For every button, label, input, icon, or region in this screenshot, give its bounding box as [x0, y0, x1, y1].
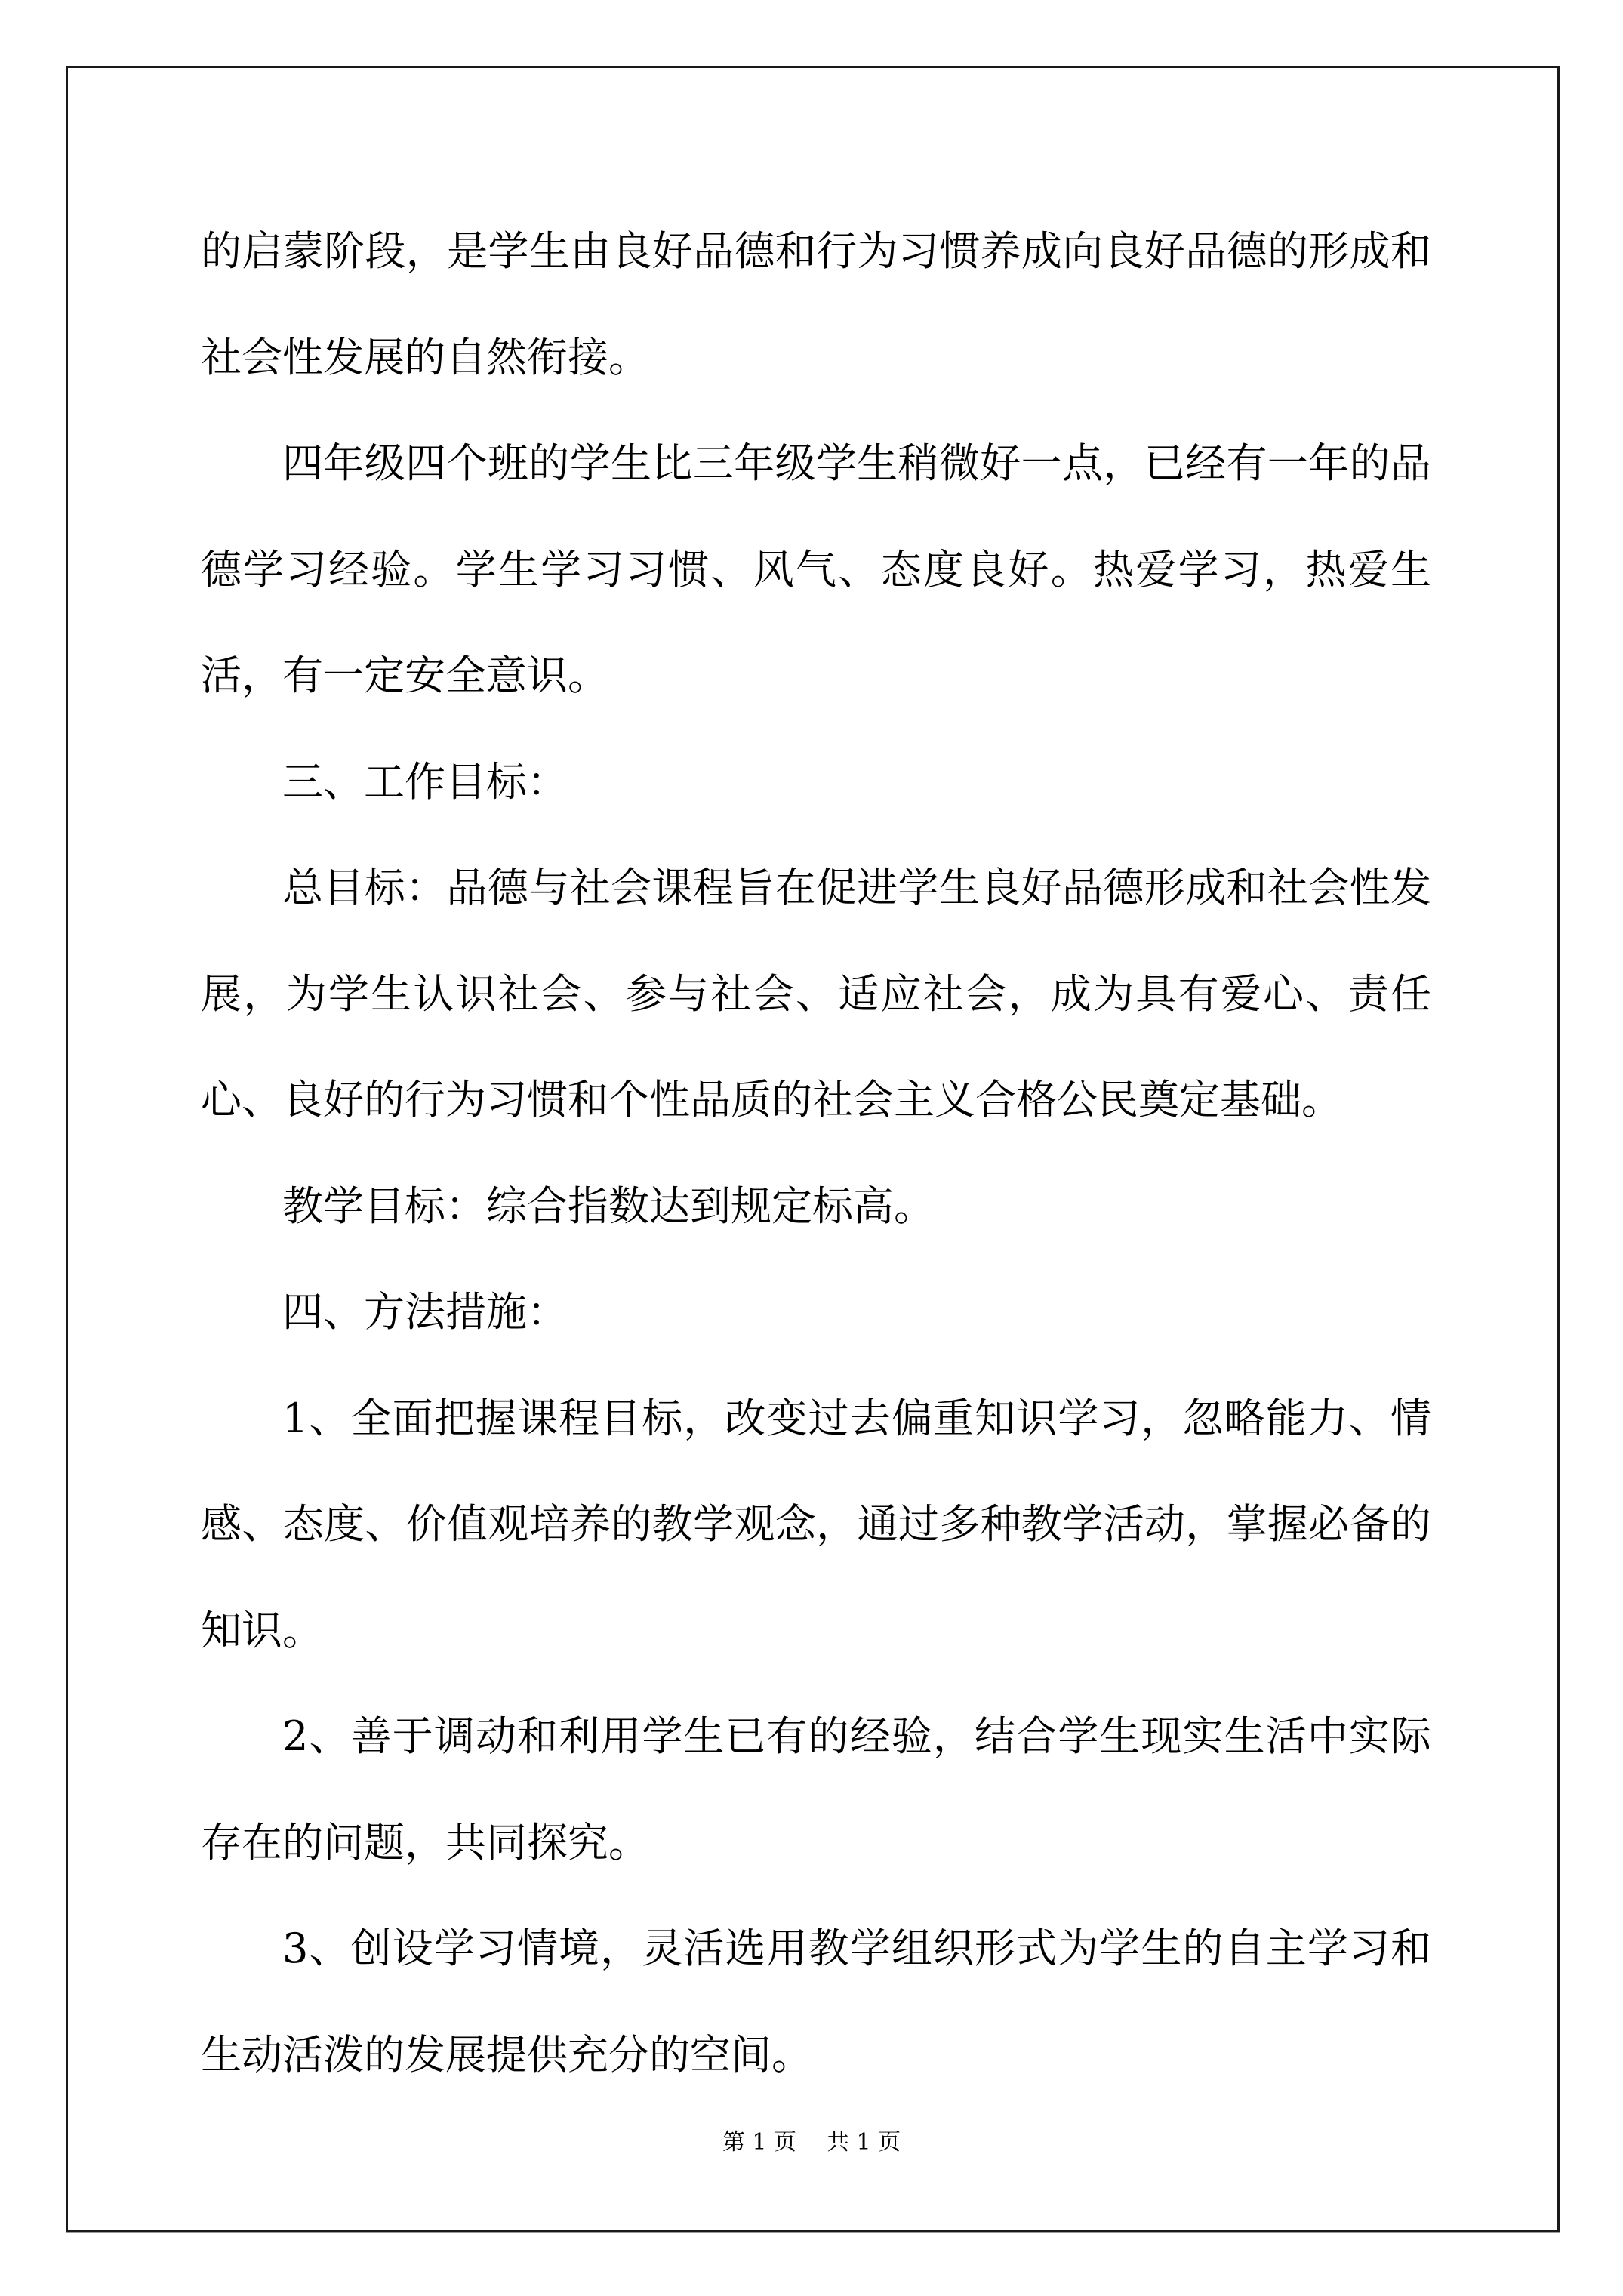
paragraph-student-situation: 四年级四个班的学生比三年级学生稍微好一点，已经有一年的品德学习经验。学生学习习惯… [201, 411, 1431, 729]
document-body: 的启蒙阶段，是学生由良好品德和行为习惯养成向良好品德的形成和社会性发展的自然衔接… [201, 199, 1431, 2108]
paragraph-overall-goal: 总目标：品德与社会课程旨在促进学生良好品德形成和社会性发展，为学生认识社会、参与… [201, 835, 1431, 1154]
method-item-3: 3、创设学习情境，灵活选用教学组织形式为学生的自主学习和生动活泼的发展提供充分的… [201, 1896, 1431, 2108]
method-item-2: 2、善于调动和利用学生已有的经验，结合学生现实生活中实际存在的问题，共同探究。 [201, 1684, 1431, 1896]
paragraph-teaching-goal: 教学目标：综合指数达到规定标高。 [201, 1154, 1431, 1260]
page-number: 第 1 页 [722, 2126, 796, 2159]
page-total: 共 1 页 [827, 2126, 901, 2159]
method-item-1: 1、全面把握课程目标，改变过去偏重知识学习，忽略能力、情感、态度、价值观培养的教… [201, 1366, 1431, 1684]
page-footer: 第 1 页共 1 页 [0, 2126, 1623, 2159]
section-heading-goals: 三、工作目标： [201, 729, 1431, 836]
paragraph-intro-continuation: 的启蒙阶段，是学生由良好品德和行为习惯养成向良好品德的形成和社会性发展的自然衔接… [201, 199, 1431, 411]
section-heading-methods: 四、方法措施： [201, 1259, 1431, 1366]
